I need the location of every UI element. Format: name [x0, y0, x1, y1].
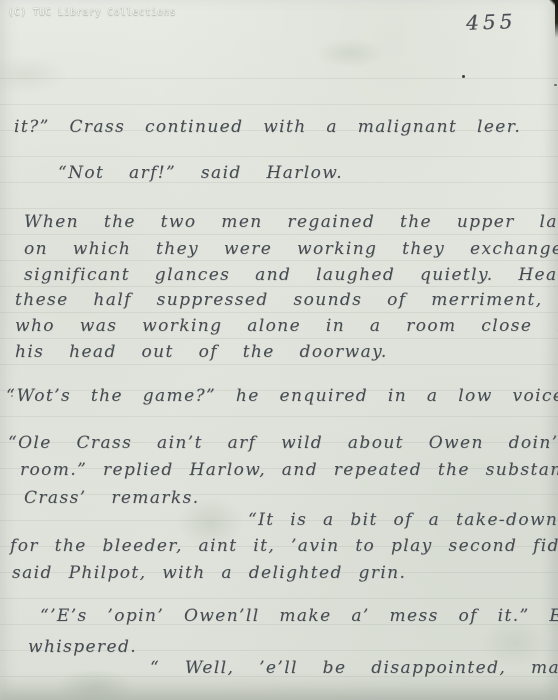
manuscript-page-scan: (C) TUC Library Collections 455 it?” Cra… [0, 0, 558, 700]
manuscript-line: on which they were working they exchange… [24, 238, 558, 260]
scan-corner-artifact [549, 0, 558, 7]
manuscript-line: these half suppressed sounds of merrimen… [15, 289, 558, 311]
ink-speck [11, 395, 13, 397]
manuscript-line: said Philpot, with a delighted grin. [12, 562, 406, 584]
manuscript-line: significant glances and laughed quietly.… [24, 264, 558, 286]
manuscript-line: who was working alone in a room close by… [15, 315, 558, 337]
manuscript-line: “Ole Crass ain’t arf wild about Owen doi… [8, 432, 558, 454]
manuscript-line: “Wot’s the game?” he enquired in a low v… [6, 385, 558, 407]
manuscript-line: whispered. [28, 636, 137, 658]
page-number: 455 [466, 9, 517, 35]
manuscript-line: Crass’ remarks. [24, 487, 200, 509]
paper-stain [55, 668, 135, 700]
ink-speck [554, 84, 557, 86]
manuscript-line: his head out of the doorway. [15, 341, 388, 363]
copyright-watermark: (C) TUC Library Collections [8, 7, 176, 18]
manuscript-line: When the two men regained the upper land… [24, 211, 558, 233]
manuscript-line: “Not arf!” said Harlow. [58, 162, 343, 184]
manuscript-line: it?” Crass continued with a malignant le… [14, 116, 521, 138]
manuscript-line: room.” replied Harlow, and repeated the … [20, 459, 558, 481]
ink-speck [462, 75, 465, 78]
paper-stain [0, 55, 70, 95]
manuscript-line: “ Well, ’e’ll be disappointed, mate.” [150, 657, 558, 679]
manuscript-line: for the bleeder, aint it, ’avin to play … [10, 535, 558, 557]
ruled-lines [0, 53, 558, 700]
manuscript-line: “’E’s ’opin’ Owen’ll make a’ mess of it.… [40, 605, 558, 627]
manuscript-line: “It is a bit of a take-down [248, 509, 558, 531]
paper-stain [315, 38, 385, 68]
